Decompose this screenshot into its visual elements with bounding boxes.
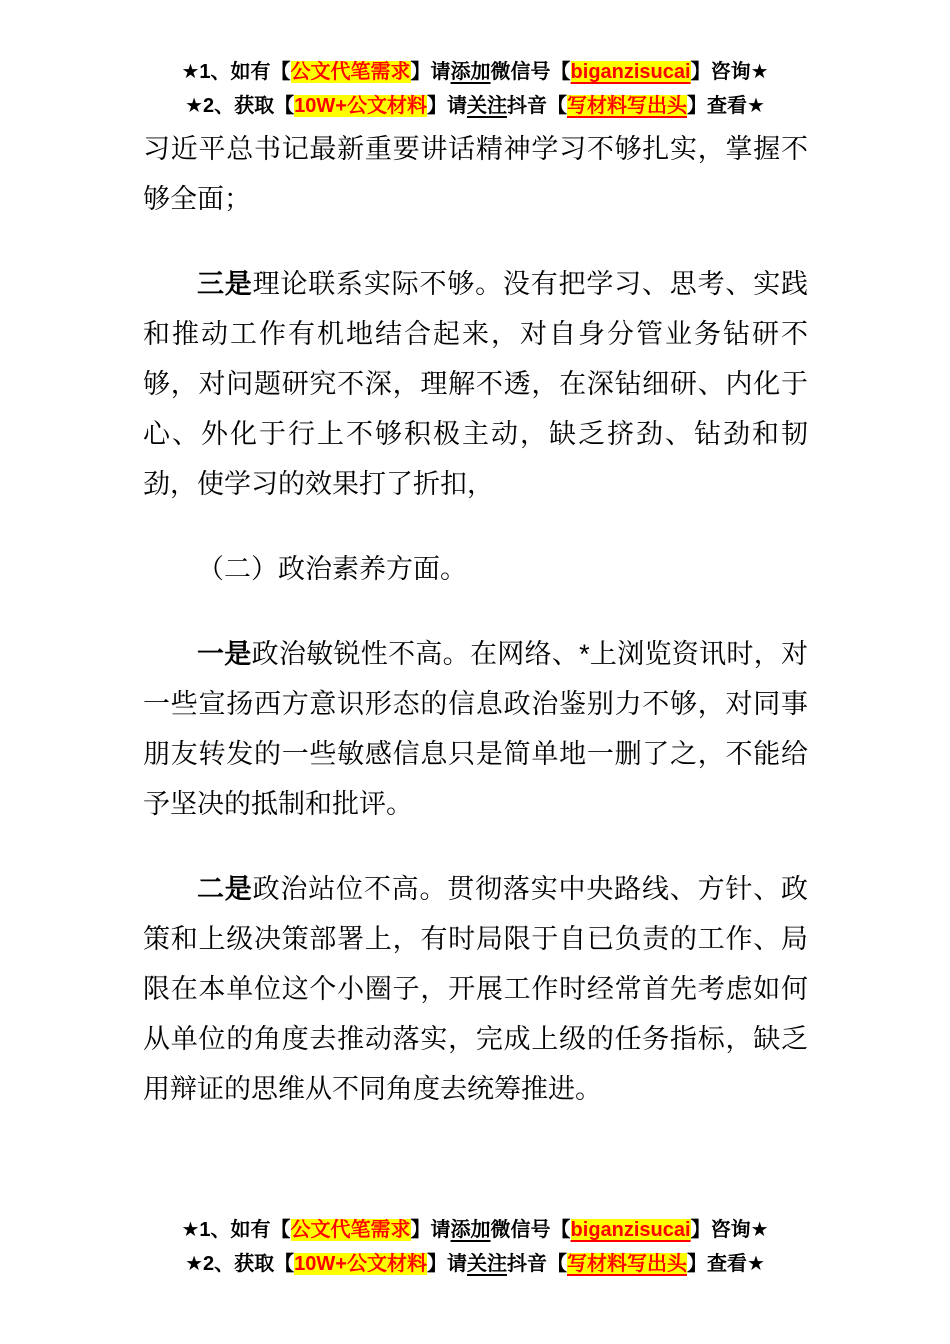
text-segment: 一是: [197, 639, 252, 669]
text-segment: 】请: [427, 1253, 467, 1275]
text-segment: 10W+公文材料: [294, 95, 427, 117]
text-segment: 写材料写出头: [567, 1253, 687, 1275]
promo-footer: ★1、如有【公文代笔需求】请添加微信号【biganzisucai】咨询★★2、获…: [0, 1213, 950, 1281]
text-segment: 】请: [411, 61, 451, 83]
text-segment: 三是: [197, 269, 253, 299]
text-segment: ★2、获取【: [185, 95, 294, 117]
document-page: ★1、如有【公文代笔需求】请添加微信号【biganzisucai】咨询★★2、获…: [0, 0, 950, 1344]
text-segment: 理论联系实际不够。没有把学习、思考、实践和推动工作有机地结合起来，对自身分管业务…: [143, 269, 808, 499]
text-segment: 】请: [411, 1219, 451, 1241]
text-segment: 写材料写出头: [567, 95, 687, 117]
text-segment: 微信号【: [491, 1219, 571, 1241]
text-segment: 】查看★: [687, 95, 765, 117]
text-segment: 】查看★: [687, 1253, 765, 1275]
text-segment: 二是: [197, 874, 253, 904]
document-body: 习近平总书记最新重要讲话精神学习不够扎实，掌握不够全面；三是理论联系实际不够。没…: [143, 124, 808, 1149]
text-segment: 10W+公文材料: [294, 1253, 427, 1275]
promo-line-2: ★2、获取【10W+公文材料】请关注抖音【写材料写出头】查看★: [0, 89, 950, 123]
text-segment: ★1、如有【: [181, 61, 290, 83]
text-segment: 】咨询★: [691, 1219, 769, 1241]
text-segment: 微信号【: [491, 61, 571, 83]
text-segment: 】请: [427, 95, 467, 117]
text-segment: （二）政治素养方面。: [197, 554, 467, 584]
text-segment: 政治站位不高。贯彻落实中央路线、方针、政策和上级决策部署上，有时局限于自已负责的…: [143, 874, 808, 1104]
text-segment: biganzisucai: [571, 61, 691, 83]
paragraph-2: 三是理论联系实际不够。没有把学习、思考、实践和推动工作有机地结合起来，对自身分管…: [143, 259, 808, 509]
text-segment: 添加: [451, 61, 491, 83]
paragraph-3: （二）政治素养方面。: [143, 544, 808, 594]
text-segment: 抖音【: [507, 1253, 567, 1275]
promo-header: ★1、如有【公文代笔需求】请添加微信号【biganzisucai】咨询★★2、获…: [0, 55, 950, 123]
paragraph-5: 二是政治站位不高。贯彻落实中央路线、方针、政策和上级决策部署上，有时局限于自已负…: [143, 864, 808, 1114]
promo-line-1: ★1、如有【公文代笔需求】请添加微信号【biganzisucai】咨询★: [0, 55, 950, 89]
paragraph-4: 一是政治敏锐性不高。在网络、*上浏览资讯时，对一些宣扬西方意识形态的信息政治鉴别…: [143, 629, 808, 829]
text-segment: 添加: [451, 1219, 491, 1241]
text-segment: 关注: [467, 95, 507, 117]
text-segment: biganzisucai: [571, 1219, 691, 1241]
text-segment: ★1、如有【: [181, 1219, 290, 1241]
text-segment: 】咨询★: [691, 61, 769, 83]
paragraph-1: 习近平总书记最新重要讲话精神学习不够扎实，掌握不够全面；: [143, 124, 808, 224]
promo-line-1: ★1、如有【公文代笔需求】请添加微信号【biganzisucai】咨询★: [0, 1213, 950, 1247]
text-segment: ★2、获取【: [185, 1253, 294, 1275]
text-segment: 公文代笔需求: [291, 1219, 411, 1241]
text-segment: 抖音【: [507, 95, 567, 117]
promo-line-2: ★2、获取【10W+公文材料】请关注抖音【写材料写出头】查看★: [0, 1247, 950, 1281]
text-segment: 公文代笔需求: [291, 61, 411, 83]
text-segment: 习近平总书记最新重要讲话精神学习不够扎实，掌握不够全面；: [143, 134, 808, 214]
text-segment: 关注: [467, 1253, 507, 1275]
